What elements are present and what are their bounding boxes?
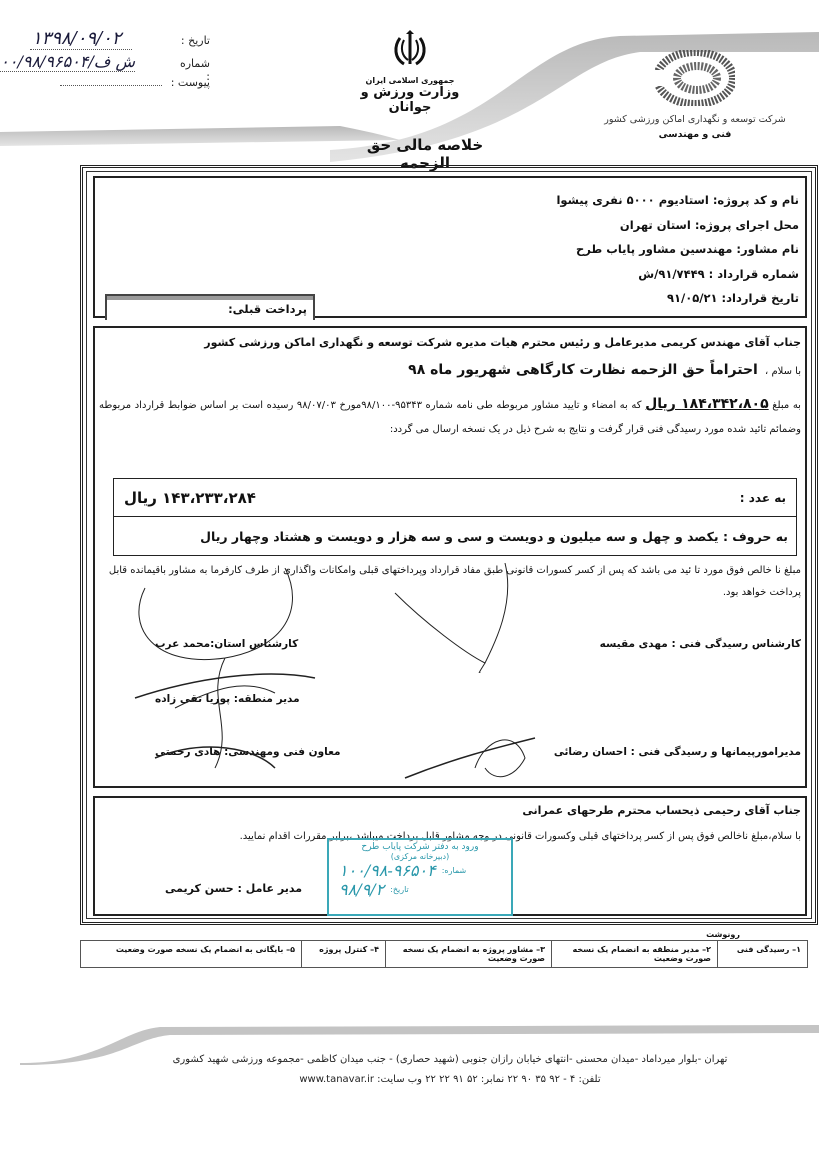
date-value: ۱۳۹۸/۰۹/۰۲ — [30, 28, 132, 50]
gross-amount: ۱۸۴،۳۴۲،۸۰۵ ریال — [645, 396, 769, 412]
stamp-subtitle: (دبیرخانه مرکزی) — [329, 852, 511, 861]
date-row: تاریخ : ۱۳۹۸/۰۹/۰۲ — [60, 28, 210, 52]
stamp-date-label: تاریخ: — [390, 885, 409, 894]
letter-addressee: جناب آقای مهندس کریمی مدیرعامل و رئیس مح… — [204, 336, 801, 349]
signature-technical-reviewer: کارشناس رسیدگی فنی : مهدی مقیسه — [600, 638, 801, 650]
greeting-text: با سلام ، — [765, 366, 801, 377]
consultant-name: نام مشاور: مهندسین مشاور پایاب طرح — [556, 237, 799, 262]
footer: تهران -بلوار میرداماد -میدان محسنی -انته… — [100, 1050, 800, 1090]
signature-province-expert: کارشناس استان:محمد عرب — [155, 638, 298, 650]
iran-emblem-icon — [392, 30, 428, 70]
company-name: شرکت توسعه و نگهداری اماکن ورزشی کشور — [575, 114, 815, 125]
signature-contracts-manager: مدیرامورپیمانها و رسیدگی فنی : احسان رضا… — [554, 746, 801, 758]
letter-body-box: جناب آقای مهندس کریمی مدیرعامل و رئیس مح… — [93, 326, 807, 788]
cc-item: ۵– بایگانی به انضمام یک نسخه صورت وضعیت — [81, 941, 301, 967]
ministry-title: وزارت ورزش و جوانان — [350, 85, 470, 115]
attachment-label: پیوست : — [162, 76, 210, 89]
ministry-block: جمهوری اسلامی ایران وزارت ورزش و جوانان — [350, 30, 470, 115]
letter-greeting: با سلام ، احتراماً حق الزحمه نظارت کارگا… — [408, 362, 801, 378]
project-location: محل اجرای پروژه: استان تهران — [556, 213, 799, 238]
handwritten-signature-icon — [395, 728, 555, 788]
letter-meta: تاریخ : ۱۳۹۸/۰۹/۰۲ شماره : ۱۰۰/۹۸/۹۶۵۰۴/… — [60, 28, 210, 100]
signature-technical-deputy: معاون فنی ومهندسی: هادی رحمتی — [155, 746, 341, 758]
closing-addressee: جناب آقای رحیمی ذیحساب محترم طرحهای عمرا… — [522, 804, 801, 817]
words-value: یکصد و چهل و سه میلیون و دویست و سی و سه… — [200, 529, 718, 544]
cc-label: رونوشت — [690, 930, 740, 939]
stamp-number-row: شماره: ۱۰۰/۹۸-۹۶۵۰۴ — [329, 861, 511, 880]
company-block: شرکت توسعه و نگهداری اماکن ورزشی کشور فن… — [575, 50, 815, 140]
stamp-date-value: ۹۸/۹/۲ — [339, 880, 384, 899]
letter-paragraph: به مبلغ ۱۸۴،۳۴۲،۸۰۵ ریال که به امضاء و ت… — [99, 392, 801, 442]
cc-item: ۳– مشاور پروژه به انضمام یک نسخه صورت وض… — [385, 941, 551, 967]
attachment-value — [60, 85, 162, 86]
amount-numeric-row: به عدد : ۱۴۳،۲۳۳،۲۸۴ ریال — [114, 479, 796, 517]
cc-item: ۴– کنترل پروژه — [301, 941, 385, 967]
signature-region-manager: مدیر منطقه: پوریا تقی زاده — [155, 693, 300, 705]
project-info-box: نام و کد پروژه: استادیوم ۵۰۰۰ نفری پیشوا… — [93, 176, 807, 318]
previous-payment-box: پرداخت قبلی: — [105, 294, 315, 320]
attachment-row: پیوست : — [60, 76, 210, 100]
footer-contact: تلفن: ۴ - ۹۲ ۳۵ ۹۰ ۲۲ نمابر: ۵۲ ۹۱ ۲۲ ۲۲… — [100, 1070, 800, 1090]
footer-address: تهران -بلوار میرداماد -میدان محسنی -انته… — [100, 1050, 800, 1070]
receipt-stamp: ورود به دفتر شرکت پایاب طرح (دبیرخانه مر… — [327, 838, 513, 916]
ministry-subtitle: جمهوری اسلامی ایران — [350, 76, 470, 85]
project-name: نام و کد پروژه: استادیوم ۵۰۰۰ نفری پیشوا — [556, 188, 799, 213]
cc-item: ۲– مدیر منطقه به انضمام یک نسخه صورت وضع… — [551, 941, 717, 967]
stamp-number-value: ۱۰۰/۹۸-۹۶۵۰۴ — [339, 861, 436, 880]
cc-table: ۱– رسیدگی فنی ۲– مدیر منطقه به انضمام یک… — [80, 940, 808, 968]
letter-subject: احتراماً حق الزحمه نظارت کارگاهی شهریور … — [408, 362, 758, 378]
para-prefix: به مبلغ — [772, 400, 801, 411]
number-value: ۱۰۰/۹۸/۹۶۵۰۴/ش ف — [0, 52, 135, 72]
words-label: به حروف : — [723, 529, 788, 544]
contract-number: شماره قرارداد : ۹۱/۷۴۴۹/ش — [556, 262, 799, 287]
numeric-label: به عدد : — [740, 491, 786, 505]
stamp-number-label: شماره: — [442, 866, 467, 875]
document-frame: نام و کد پروژه: استادیوم ۵۰۰۰ نفری پیشوا… — [80, 165, 818, 925]
closing-box: جناب آقای رحیمی ذیحساب محترم طرحهای عمرا… — [93, 796, 807, 916]
stamp-title: ورود به دفتر شرکت پایاب طرح — [329, 842, 511, 852]
contract-date: تاریخ قرارداد: ۹۱/۰۵/۲۱ — [556, 286, 799, 311]
amount-box: به عدد : ۱۴۳،۲۳۳،۲۸۴ ریال به حروف : یکصد… — [113, 478, 797, 556]
stamp-date-row: تاریخ: ۹۸/۹/۲ — [329, 880, 511, 899]
amount-words-row: به حروف : یکصد و چهل و سه میلیون و دویست… — [114, 517, 796, 555]
project-info-lines: نام و کد پروژه: استادیوم ۵۰۰۰ نفری پیشوا… — [556, 188, 799, 311]
company-logo-icon — [655, 50, 735, 106]
numeric-value: ۱۴۳،۲۳۳،۲۸۴ ریال — [124, 489, 256, 507]
company-dept: فنی و مهندسی — [575, 129, 815, 140]
number-row: شماره : ۱۰۰/۹۸/۹۶۵۰۴/ش ف — [60, 52, 210, 76]
net-amount-note: مبلغ نا خالص فوق مورد تا ئید می باشد که … — [99, 560, 801, 604]
closing-signer: مدیر عامل : حسن کریمی — [165, 882, 302, 895]
date-label: تاریخ : — [162, 34, 210, 47]
cc-item: ۱– رسیدگی فنی — [717, 941, 807, 967]
